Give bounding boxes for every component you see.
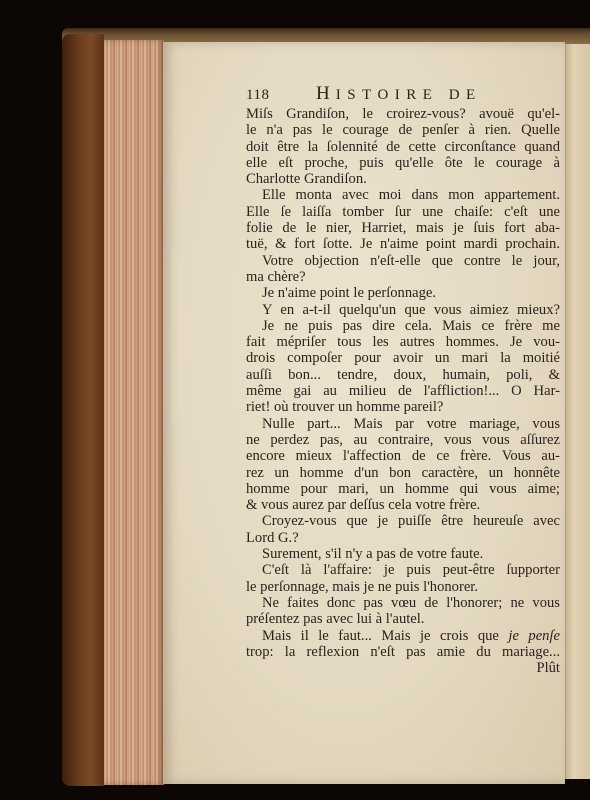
running-title: HISTOIRE DE: [316, 86, 482, 103]
running-head: 118 HISTOIRE DE: [246, 86, 560, 106]
text-line: Y en a-t-il quelqu'un que vous aimiez mi…: [246, 302, 560, 318]
text-line: Mais il le faut... Mais je crois que je …: [246, 628, 560, 644]
text-line: Croyez-vous que je puiſſe être heureuſe …: [246, 513, 560, 529]
text-line: auſſi bon... tendre, doux, humain, poli,…: [246, 367, 560, 383]
text-line: doit être la ſolennité de cette circonſt…: [246, 139, 560, 155]
text-line: riet! où trouver un homme pareil?: [246, 399, 560, 415]
text-line: Elle monta avec moi dans mon appartement…: [246, 187, 560, 203]
text-line: Lord G.?: [246, 530, 560, 546]
text-line: le perſonnage, mais je ne puis l'honorer…: [246, 579, 560, 595]
text-line: préſentez pas avec lui à l'autel.: [246, 611, 560, 627]
text-line: Miſs Grandiſon, le croirez-vous? avouë q…: [246, 106, 560, 122]
text-line: Surement, s'il n'y a pas de votre faute.: [246, 546, 560, 562]
text-line: le n'a pas le courage de penſer à rien. …: [246, 122, 560, 138]
book-spine: [62, 34, 104, 786]
text-line: & vous aurez par deſſus cela votre frère…: [246, 497, 560, 513]
text-line: Votre objection n'eſt-elle que contre le…: [246, 253, 560, 269]
text-line: Je n'aime point le perſonnage.: [246, 285, 560, 301]
text-line: fait mépriſer tous les autres hommes. Je…: [246, 334, 560, 350]
body-lines: Miſs Grandiſon, le croirez-vous? avouë q…: [246, 106, 560, 628]
catchword: Plût: [246, 660, 560, 676]
page-edges: [104, 40, 164, 785]
text-line: drois compoſer pour avoir un mari la moi…: [246, 350, 560, 366]
text-line: Ne faites donc pas vœu de l'honorer; ne …: [246, 595, 560, 611]
text-line: homme pour mari, un homme qui vous aime;: [246, 481, 560, 497]
text-line: ma chère?: [246, 269, 560, 285]
next-page-edge: [565, 44, 590, 779]
text-line: tuë, & fort ſotte. Je n'aime point mardi…: [246, 236, 560, 252]
text-line: rez un homme d'un bon caractère, un honn…: [246, 465, 560, 481]
page-number: 118: [246, 87, 296, 103]
text-line: C'eſt là l'affaire: je puis peut-être ſu…: [246, 562, 560, 578]
text-line: elle eſt proche, puis qu'elle ôte le cou…: [246, 155, 560, 171]
text-line: Nulle part... Mais par votre mariage, vo…: [246, 416, 560, 432]
text-line: Je ne puis pas dire cela. Mais ce frère …: [246, 318, 560, 334]
text-line: ne perdez pas, au contraire, vous vous a…: [246, 432, 560, 448]
text-line: Elle ſe laiſſa tomber ſur une chaiſe: c'…: [246, 204, 560, 220]
text-line: trop: la reflexion n'eſt pas amie du mar…: [246, 644, 560, 660]
text-line: même gai au milieu de l'affliction!... O…: [246, 383, 560, 399]
text-line: encore mieux l'affection de ce frère. Vo…: [246, 448, 560, 464]
text-line: Charlotte Grandiſon.: [246, 171, 560, 187]
page-text: 118 HISTOIRE DE Miſs Grandiſon, le croir…: [246, 86, 560, 676]
text-line: folie de le nier, Harriet, mais je ſuis …: [246, 220, 560, 236]
